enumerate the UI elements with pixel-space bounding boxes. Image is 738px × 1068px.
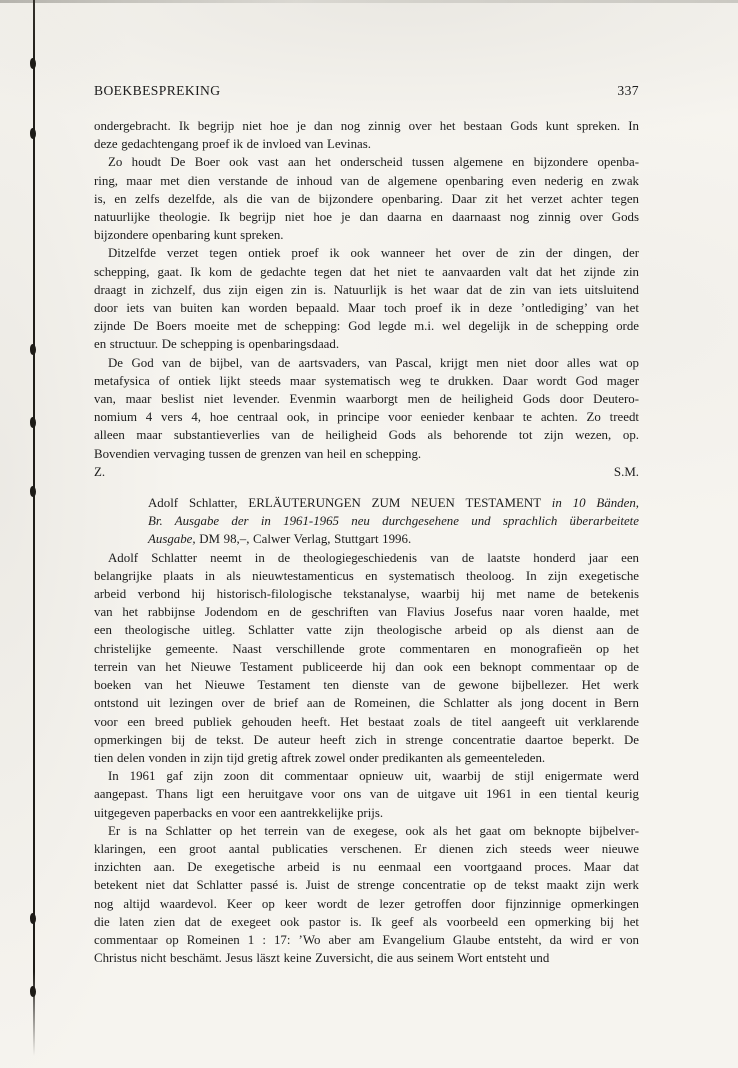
- review-bibliographic-heading: Adolf Schlatter, ERLÄUTERUNGEN ZUM NEUEN…: [94, 494, 639, 549]
- text-line: nomium 4 vers 4, hoe centraal ook, in pr…: [94, 408, 639, 426]
- text-line: arbeid verbond hij historisch-filologisc…: [94, 585, 639, 603]
- text-line: deze gedachtengang proef ik de invloed v…: [94, 135, 639, 153]
- text-line: van het rabbijnse Jodendom en de geschri…: [94, 603, 639, 621]
- text-line: betekent niet dat Schlatter passé is. Ju…: [94, 876, 639, 894]
- scan-left-edge-line-artifact: [33, 0, 35, 1056]
- scan-top-edge-artifact: [0, 0, 738, 3]
- scan-blob-artifact: [30, 417, 36, 428]
- heading-segment: Adolf Schlatter, ERLÄUTERUNGEN ZUM NEUEN…: [148, 496, 552, 510]
- text-line: aangepast. Thans ligt een heruitgave voo…: [94, 785, 639, 803]
- text-line: commentaar op Romeinen 1 : 17: ’Wo aber …: [94, 931, 639, 949]
- text-line: In 1961 gaf zijn zoon dit commentaar opn…: [94, 767, 639, 785]
- text-line: De God van de bijbel, van de aartsvaders…: [94, 354, 639, 372]
- text-line: uitgegeven paperbacks en voor een aantre…: [94, 804, 639, 822]
- text-line: door iets van buiten kan worden bepaald.…: [94, 299, 639, 317]
- scan-blob-artifact: [30, 344, 36, 355]
- text-line: nog altijd waardevol. Keer op keer wordt…: [94, 895, 639, 913]
- reviewer-signature-line: Z.S.M.: [94, 463, 639, 481]
- scan-blob-artifact: [30, 58, 36, 69]
- text-line: van, maar beslist niet levender. Evenmin…: [94, 390, 639, 408]
- text-line: die laten zien dat de exegeet ook pastor…: [94, 913, 639, 931]
- text-line: voor een breed publiek gehouden heeft. H…: [94, 713, 639, 731]
- text-line: Adolf Schlatter neemt in de theologieges…: [94, 549, 639, 567]
- text-line: inzichten aan. De exegetische arbeid is …: [94, 858, 639, 876]
- text-column: ondergebracht. Ik begrijp niet hoe je da…: [94, 117, 639, 967]
- heading-italic-segment: Ausgabe,: [148, 532, 196, 546]
- text-line: Ditzelfde verzet tegen ontiek proef ik o…: [94, 244, 639, 262]
- text-line: ondergebracht. Ik begrijp niet hoe je da…: [94, 117, 639, 135]
- signature-right-initials: S.M.: [614, 463, 639, 481]
- text-line: draagt in zichzelf, dus zijn eigen zin i…: [94, 281, 639, 299]
- text-line: ring, maar met dien verstande de inhoud …: [94, 172, 639, 190]
- heading-line: Br. Ausgabe der in 1961-1965 neu durchge…: [148, 512, 639, 530]
- text-line: schepping, gaat. Ik kom de gedachte tege…: [94, 263, 639, 281]
- scanned-journal-page: BOEKBESPREKING 337 ondergebracht. Ik beg…: [0, 0, 738, 1068]
- text-line: is, en zelfs dezelfde, als die van de bi…: [94, 190, 639, 208]
- text-line: bijzondere openbaring kunt spreken.: [94, 226, 639, 244]
- text-line: klaringen, een groot aantal publicaties …: [94, 840, 639, 858]
- heading-line: Adolf Schlatter, ERLÄUTERUNGEN ZUM NEUEN…: [148, 494, 639, 512]
- text-line: natuurlijke theologie. Ik begrijp niet h…: [94, 208, 639, 226]
- scan-blob-artifact: [30, 986, 36, 997]
- text-line: opmerkingen bij de tekst. De auteur heef…: [94, 731, 639, 749]
- heading-italic-segment: in 10 Bänden,: [552, 496, 639, 510]
- text-line: boeken van het Nieuwe Testament ten dien…: [94, 676, 639, 694]
- text-line: belangrijke plaats in als nieuwtestament…: [94, 567, 639, 585]
- scan-blob-artifact: [30, 913, 36, 924]
- text-line: tien delen vonden in zijn tijd gretig af…: [94, 749, 639, 767]
- text-line: Er is na Schlatter op het terrein van de…: [94, 822, 639, 840]
- scan-blob-artifact: [30, 486, 36, 497]
- heading-line: Ausgabe, DM 98,–, Calwer Verlag, Stuttga…: [148, 530, 639, 548]
- text-line: Bovendien vervaging tussen de grenzen va…: [94, 445, 639, 463]
- text-line: en structuur. De schepping is openbaring…: [94, 335, 639, 353]
- text-line: alleen maar substantieverlies van de hei…: [94, 426, 639, 444]
- heading-italic-segment: Br. Ausgabe der in 1961-1965 neu durchge…: [148, 514, 639, 528]
- text-line: zijnde De Boers moeite met de schepping:…: [94, 317, 639, 335]
- text-line: Christus nicht beschämt. Jesus läszt kei…: [94, 949, 639, 967]
- running-title: BOEKBESPREKING: [94, 83, 220, 99]
- scan-blob-artifact: [30, 128, 36, 139]
- text-line: Zo houdt De Boer ook vast aan het onders…: [94, 153, 639, 171]
- text-line: metafysica of ontiek lijkt steeds maar s…: [94, 372, 639, 390]
- signature-left-initial: Z.: [94, 463, 105, 481]
- text-line: ontstond uit lezingen over de brief aan …: [94, 694, 639, 712]
- heading-segment: DM 98,–, Calwer Verlag, Stuttgart 1996.: [196, 532, 412, 546]
- text-line: terrein van het Nieuwe Testament publice…: [94, 658, 639, 676]
- page-number: 337: [617, 83, 639, 99]
- text-line: christelijke gemeente. Naast verschillen…: [94, 640, 639, 658]
- running-header: BOEKBESPREKING 337: [94, 83, 639, 99]
- text-line: een theologische uitleg. Schlatter vatte…: [94, 621, 639, 639]
